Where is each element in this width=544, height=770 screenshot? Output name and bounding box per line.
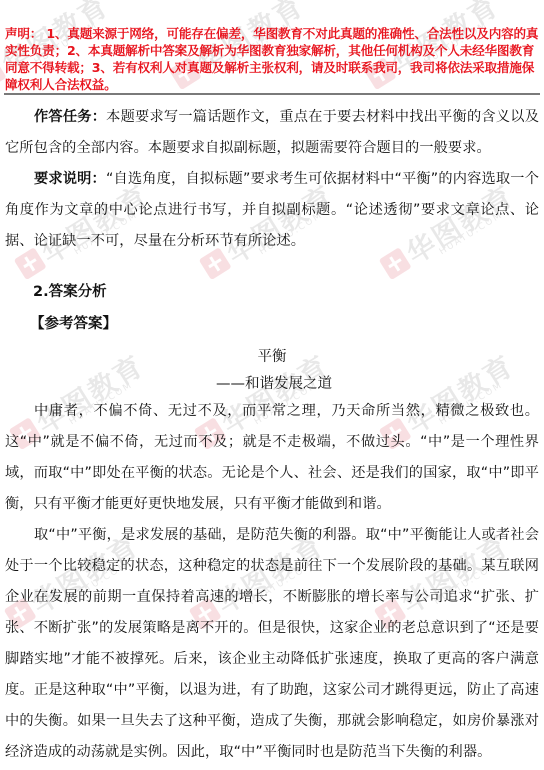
task-lead: 作答任务： — [34, 109, 106, 125]
task-paragraph: 作答任务：本题要求写一篇话题作文，重点在于要去材料中找出平衡的含义以及它所包含的… — [5, 102, 539, 164]
copyright-notice: 声明： 1、真题来源于网络，可能存在偏差，华图教育不对此真题的准确性、合法性以及… — [5, 25, 539, 93]
section-title: 2.答案分析 — [33, 280, 107, 301]
essay-paragraph: 中庸者，不偏不倚、无过不及，而平常之理，乃天命所当然，精微之极致也。这“中”就是… — [5, 396, 539, 520]
requirements-lead: 要求说明： — [34, 171, 106, 187]
essay-subtitle: ——和谐发展之道 — [216, 372, 332, 393]
requirements-paragraph: 要求说明：“自选角度，自拟标题”要求考生可依据材料中“平衡”的内容选取一个角度作… — [5, 164, 539, 257]
essay-title: 平衡 — [0, 345, 544, 366]
divider — [4, 93, 540, 95]
reference-answer-label: 【参考答案】 — [30, 312, 117, 333]
essay-paragraph: 取“中”平衡，是求发展的基础，是防范失衡的利器。取“中”平衡能让人或者社会处于一… — [5, 520, 539, 768]
